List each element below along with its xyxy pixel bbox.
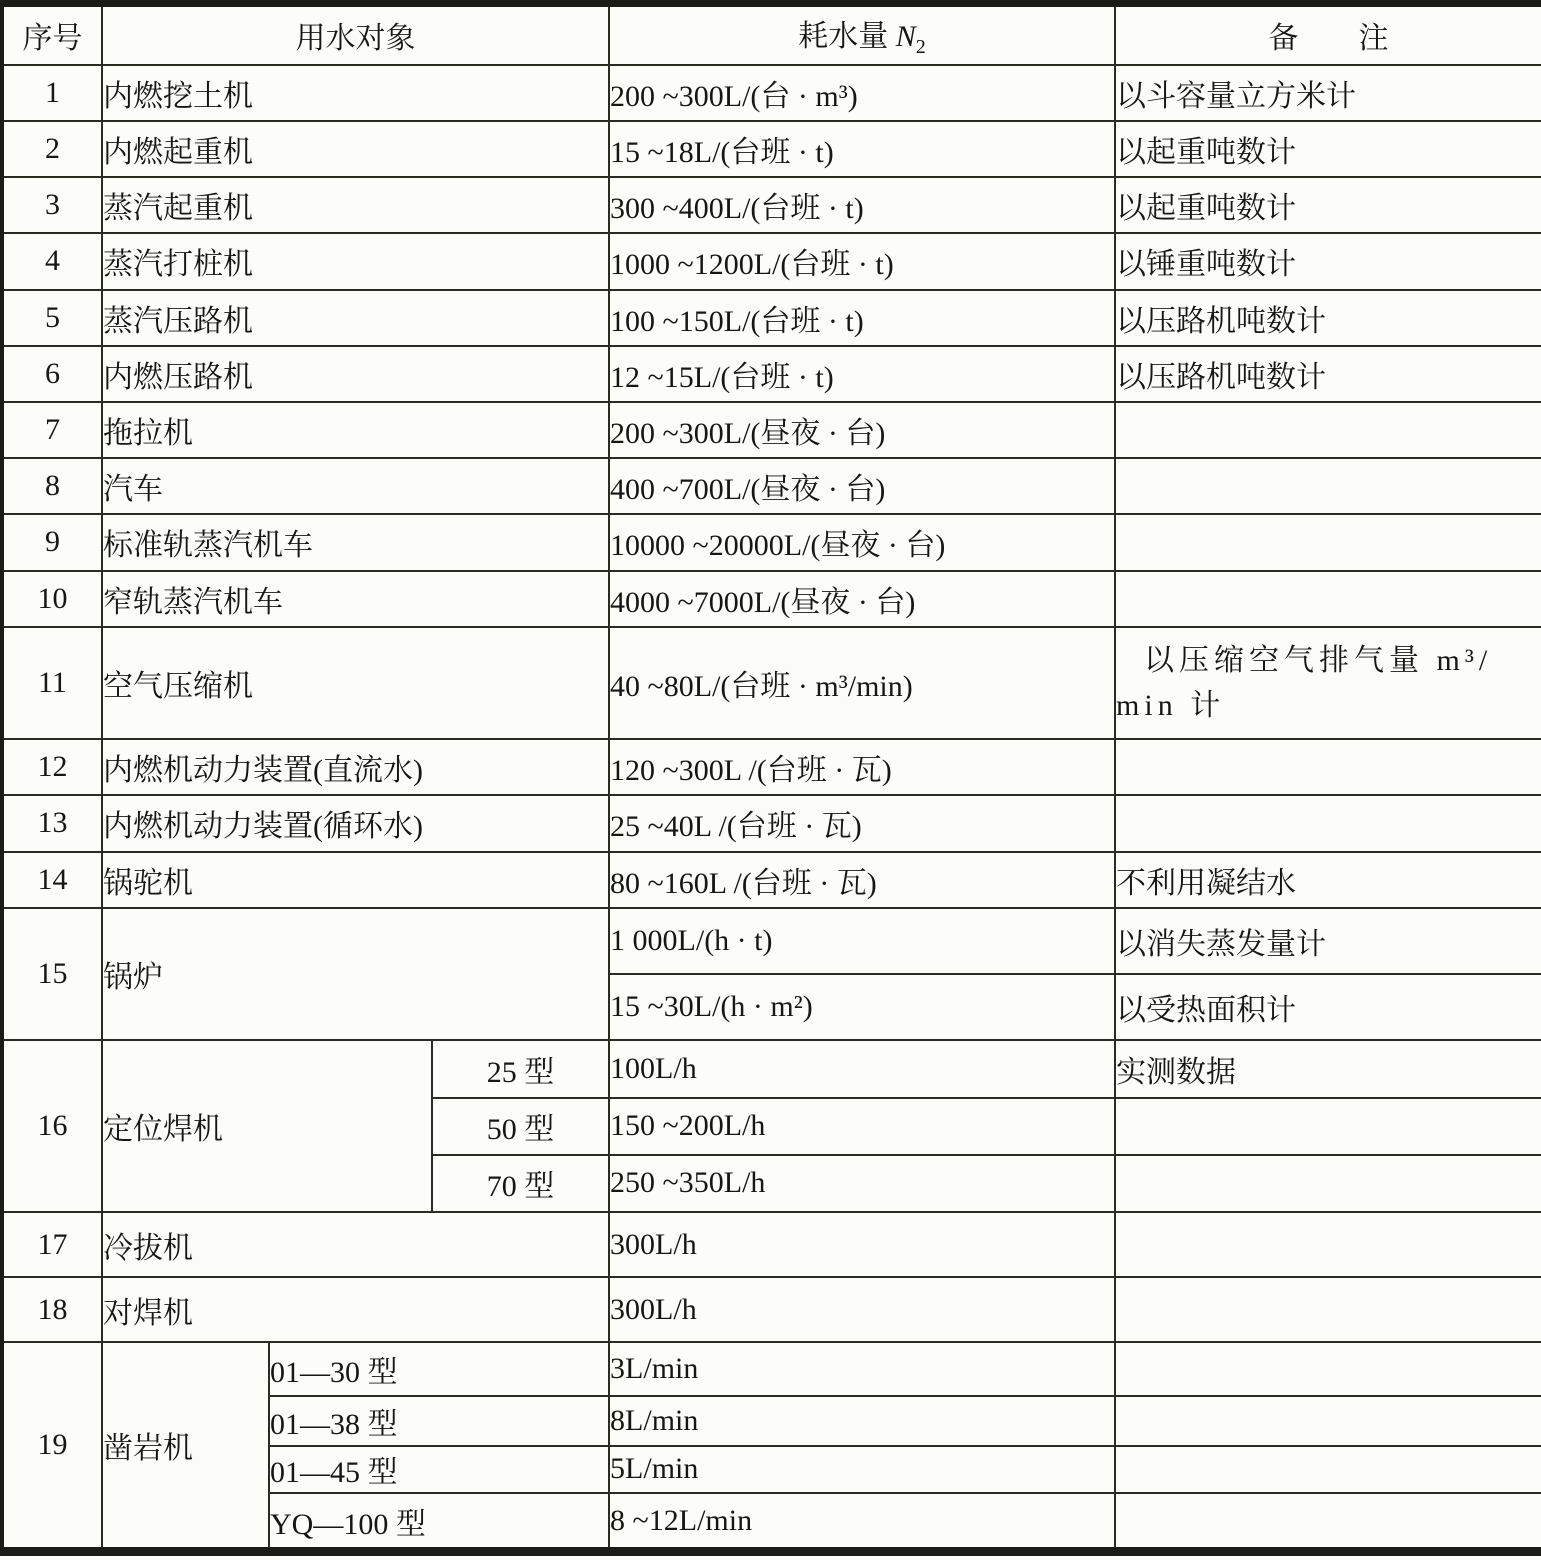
machine-type: YQ—100 型 [269, 1493, 609, 1551]
consumption-value: 1 000L/(h · t) [609, 908, 1115, 974]
water-object: 冷拔机 [102, 1212, 609, 1277]
consumption-subscript: 2 [916, 36, 926, 58]
water-object: 窄轨蒸汽机车 [102, 571, 609, 627]
consumption-value: 25 ~40L /(台班 · 瓦) [609, 795, 1115, 851]
machine-type: 25 型 [432, 1040, 609, 1097]
water-object: 内燃机动力装置(循环水) [102, 795, 609, 851]
table-row: 1 内燃挖土机 200 ~300L/(台 · m³) 以斗容量立方米计 [2, 65, 1541, 121]
consumption-value: 15 ~30L/(h · m²) [609, 974, 1115, 1040]
row-number: 18 [2, 1277, 102, 1342]
table-header-row: 序号 用水对象 耗水量 N2 备 注 [2, 4, 1541, 65]
water-object: 内燃挖土机 [102, 65, 609, 121]
table-row: 16 定位焊机 25 型 100L/h 实测数据 [2, 1040, 1541, 1097]
consumption-value: 5L/min [609, 1446, 1115, 1493]
consumption-value: 100 ~150L/(台班 · t) [609, 290, 1115, 346]
row-number: 3 [2, 177, 102, 233]
row-number: 5 [2, 290, 102, 346]
consumption-value: 40 ~80L/(台班 · m³/min) [609, 627, 1115, 739]
remark [1115, 571, 1541, 627]
remark [1115, 1342, 1541, 1395]
col-header-object: 用水对象 [102, 4, 609, 65]
water-object: 内燃起重机 [102, 121, 609, 177]
remark: 不利用凝结水 [1115, 852, 1541, 908]
consumption-label: 耗水量 [798, 20, 888, 53]
consumption-value: 100L/h [609, 1040, 1115, 1097]
remark [1115, 1155, 1541, 1212]
consumption-value: 300 ~400L/(台班 · t) [609, 177, 1115, 233]
consumption-value: 1000 ~1200L/(台班 · t) [609, 233, 1115, 289]
table-row: 2 内燃起重机 15 ~18L/(台班 · t) 以起重吨数计 [2, 121, 1541, 177]
remark: 以压路机吨数计 [1115, 346, 1541, 402]
remark [1115, 458, 1541, 514]
consumption-value: 3L/min [609, 1342, 1115, 1395]
row-number: 15 [2, 908, 102, 1041]
document-page: 序号 用水对象 耗水量 N2 备 注 1 内燃挖土机 200 ~300L/(台 … [0, 0, 1541, 1560]
table-row: 6 内燃压路机 12 ~15L/(台班 · t) 以压路机吨数计 [2, 346, 1541, 402]
table-row: 10 窄轨蒸汽机车 4000 ~7000L/(昼夜 · 台) [2, 571, 1541, 627]
water-object: 内燃机动力装置(直流水) [102, 739, 609, 795]
consumption-value: 4000 ~7000L/(昼夜 · 台) [609, 571, 1115, 627]
consumption-value: 300L/h [609, 1277, 1115, 1342]
remark [1115, 1396, 1541, 1446]
consumption-value: 200 ~300L/(台 · m³) [609, 65, 1115, 121]
remark: 实测数据 [1115, 1040, 1541, 1097]
remark: 以压路机吨数计 [1115, 290, 1541, 346]
water-object: 拖拉机 [102, 402, 609, 458]
table-row: 17 冷拔机 300L/h [2, 1212, 1541, 1277]
remark [1115, 1446, 1541, 1493]
row-number: 1 [2, 65, 102, 121]
water-object: 蒸汽起重机 [102, 177, 609, 233]
remark [1115, 795, 1541, 851]
table-row: 9 标准轨蒸汽机车 10000 ~20000L/(昼夜 · 台) [2, 514, 1541, 570]
remark [1115, 514, 1541, 570]
consumption-value: 250 ~350L/h [609, 1155, 1115, 1212]
remark: 以消失蒸发量计 [1115, 908, 1541, 974]
col-header-no: 序号 [2, 4, 102, 65]
remark [1115, 1277, 1541, 1342]
water-object: 蒸汽压路机 [102, 290, 609, 346]
table-row: 13 内燃机动力装置(循环水) 25 ~40L /(台班 · 瓦) [2, 795, 1541, 851]
row-number: 19 [2, 1342, 102, 1551]
col-header-remark: 备 注 [1115, 4, 1541, 65]
consumption-value: 8L/min [609, 1396, 1115, 1446]
row-number: 10 [2, 571, 102, 627]
col-header-consumption: 耗水量 N2 [609, 4, 1115, 65]
table-row: 18 对焊机 300L/h [2, 1277, 1541, 1342]
row-number: 6 [2, 346, 102, 402]
row-number: 12 [2, 739, 102, 795]
remark: 以斗容量立方米计 [1115, 65, 1541, 121]
water-object: 空气压缩机 [102, 627, 609, 739]
consumption-value: 150 ~200L/h [609, 1098, 1115, 1155]
consumption-value: 12 ~15L/(台班 · t) [609, 346, 1115, 402]
consumption-value: 80 ~160L /(台班 · 瓦) [609, 852, 1115, 908]
remark [1115, 1493, 1541, 1551]
table-row: 11 空气压缩机 40 ~80L/(台班 · m³/min) 以压缩空气排气量 … [2, 627, 1541, 739]
water-object: 锅驼机 [102, 852, 609, 908]
table-row: 12 内燃机动力装置(直流水) 120 ~300L /(台班 · 瓦) [2, 739, 1541, 795]
remark [1115, 1098, 1541, 1155]
remark: 以锤重吨数计 [1115, 233, 1541, 289]
row-number: 16 [2, 1040, 102, 1212]
remark [1115, 739, 1541, 795]
machine-type: 50 型 [432, 1098, 609, 1155]
consumption-value: 200 ~300L/(昼夜 · 台) [609, 402, 1115, 458]
water-object: 标准轨蒸汽机车 [102, 514, 609, 570]
remark: 以起重吨数计 [1115, 121, 1541, 177]
consumption-value: 10000 ~20000L/(昼夜 · 台) [609, 514, 1115, 570]
water-object: 锅炉 [102, 908, 609, 1041]
row-number: 11 [2, 627, 102, 739]
water-object: 内燃压路机 [102, 346, 609, 402]
row-number: 17 [2, 1212, 102, 1277]
table-row: 3 蒸汽起重机 300 ~400L/(台班 · t) 以起重吨数计 [2, 177, 1541, 233]
consumption-value: 120 ~300L /(台班 · 瓦) [609, 739, 1115, 795]
remark [1115, 402, 1541, 458]
consumption-value: 8 ~12L/min [609, 1493, 1115, 1551]
remark [1115, 1212, 1541, 1277]
consumption-value: 400 ~700L/(昼夜 · 台) [609, 458, 1115, 514]
row-number: 2 [2, 121, 102, 177]
table-row: 15 锅炉 1 000L/(h · t) 以消失蒸发量计 [2, 908, 1541, 974]
table-row: 4 蒸汽打桩机 1000 ~1200L/(台班 · t) 以锤重吨数计 [2, 233, 1541, 289]
consumption-value: 15 ~18L/(台班 · t) [609, 121, 1115, 177]
water-consumption-table: 序号 用水对象 耗水量 N2 备 注 1 内燃挖土机 200 ~300L/(台 … [0, 0, 1541, 1556]
water-object: 定位焊机 [102, 1040, 432, 1212]
machine-type: 70 型 [432, 1155, 609, 1212]
table-row: 8 汽车 400 ~700L/(昼夜 · 台) [2, 458, 1541, 514]
consumption-symbol: N [896, 20, 916, 53]
machine-type: 01—38 型 [269, 1396, 609, 1446]
row-number: 4 [2, 233, 102, 289]
table-row: 19 凿岩机 01—30 型 3L/min [2, 1342, 1541, 1395]
row-number: 7 [2, 402, 102, 458]
machine-type: 01—30 型 [269, 1342, 609, 1395]
remark: 以受热面积计 [1115, 974, 1541, 1040]
row-number: 9 [2, 514, 102, 570]
row-number: 14 [2, 852, 102, 908]
water-object: 凿岩机 [102, 1342, 269, 1551]
row-number: 8 [2, 458, 102, 514]
remark: 以压缩空气排气量 m³/ min 计 [1115, 627, 1541, 739]
remark: 以起重吨数计 [1115, 177, 1541, 233]
water-object: 汽车 [102, 458, 609, 514]
water-object: 蒸汽打桩机 [102, 233, 609, 289]
table-row: 14 锅驼机 80 ~160L /(台班 · 瓦) 不利用凝结水 [2, 852, 1541, 908]
machine-type: 01—45 型 [269, 1446, 609, 1493]
table-row: 5 蒸汽压路机 100 ~150L/(台班 · t) 以压路机吨数计 [2, 290, 1541, 346]
row-number: 13 [2, 795, 102, 851]
table-row: 7 拖拉机 200 ~300L/(昼夜 · 台) [2, 402, 1541, 458]
water-object: 对焊机 [102, 1277, 609, 1342]
consumption-value: 300L/h [609, 1212, 1115, 1277]
